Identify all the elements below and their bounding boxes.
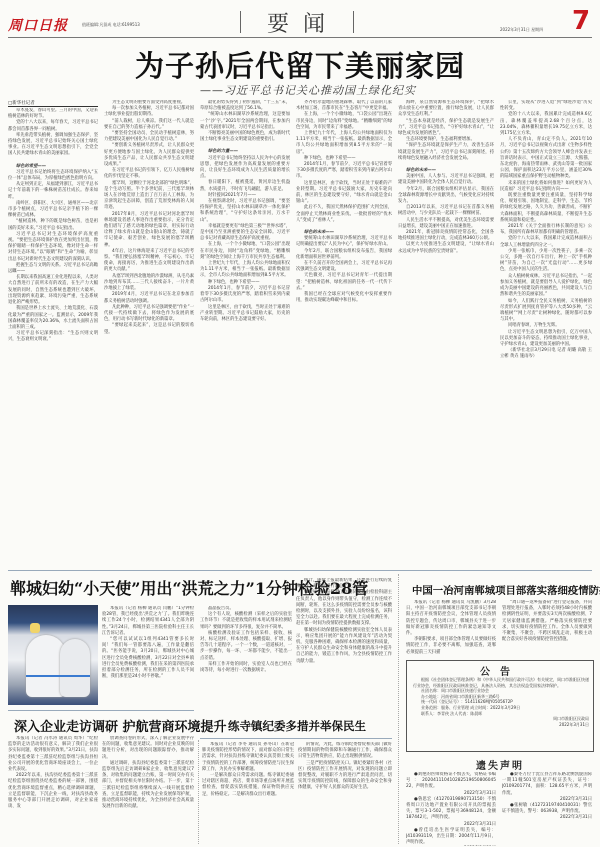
paragraph: 2021年，新冠肺炎疫情防控常态化，全国各地持续推进国土绿化行动，完成造林360… — [398, 230, 494, 242]
paragraph: 众人植树树成林。习近平总书记指出，“一起参加义务植树，就是要倡导人人爱护绿化，绿… — [500, 274, 592, 299]
paragraph: 上世纪九十年代，上海人均公共绿地面积仅为1.11平方米，相当于一张报纸。最新数据… — [296, 131, 392, 156]
paragraph: 2021年《关于全面推行林长制的意见》公布，我国所有森林草原都有明确的管理者。 — [500, 224, 592, 236]
lost-notice-item: ●秦冬万位于沈丘县吉祥东路北侧凯旋国际一期11幢501室房屋产权证丢失，证号：J… — [502, 772, 592, 797]
paragraph: 幸福就是要更有“绿色第三极”“世界水塔”，是中国乃至亚洲重要的生态安全屏障。习近… — [200, 224, 290, 243]
covid-lab-photo — [8, 605, 98, 705]
paragraph: 在上海，一个个小微绿地、“口袋公园”出现在市民身边，同时“边角料”变绿地，“精雕… — [200, 242, 290, 261]
paragraph: “要创新义务植树尽责形式，让人民群众更好更方便地参与国土绿化，为人民群众提供更多… — [104, 143, 194, 168]
paragraph: 人不负青山，青山定不负人。2021年10月，习近平总书记以视频方式出席《生物多样… — [500, 137, 592, 180]
tape-band — [26, 675, 90, 677]
paragraph: 天色微亮，习近平总书记对青年一代提出期望：“把植树造林、绿化祖国的任务一代一代传… — [296, 273, 392, 292]
lead-column-4: 齐齐哈尔湿地的重现森林，取代了以前的几家木材加工场，首都市民在“生态客厅”中更觉… — [296, 100, 392, 566]
paragraph: 最化的势头得到了初步遏制，“十三五”末，草原综合植被盖度达到了56.1%。 — [200, 100, 290, 112]
paragraph: “要坚持全国动员、全民动手植树造林，努力把建设美丽中国化为人民自觉行动。” — [104, 131, 194, 143]
notice-text: 根据《社会团体登记管理条例》和《中华人民共和国行政许可法》有关规定，周口市淮阳区… — [413, 677, 589, 688]
paragraph: “要绿起来美起来”，这是总书记的殷切希望。 — [104, 323, 194, 335]
section-rule — [200, 738, 392, 739]
lead-column-3: 最化的势头得到了初步遏制，“十三五”末，草原综合植被盖度达到了56.1%。“统筹… — [200, 100, 290, 566]
paragraph: 习近平总书记深刻指出：“生态兴则文明兴，生态衰则文明衰。” — [8, 331, 98, 343]
paragraph: 在上海，一个个小微绿地，“口袋公园”出现在市民身边，同时“边角料”变绿地。“精雕… — [296, 112, 392, 131]
notice-date: 2022年3月31日 — [413, 722, 589, 728]
story2-column-3: 统计，随时上报最新结果，还要进行后续的复核工作，对数据进行汇总上报。郸城县是医院… — [296, 578, 392, 734]
paragraph: 人民生活水平不断提高，对优美生态环境需要日益增长，建设美丽中国正在加速推进。 — [398, 218, 494, 230]
paragraph: 既要注重数量更要注重质量，坚持科学绿化、规划引领、因地制宜，走科学、生态、节约的… — [500, 193, 592, 224]
paragraph: 今年2月，联合国粮农组织评估显示，我国在全球森林资源增长中贡献突出，气候变化应对… — [398, 187, 494, 206]
paragraph: 这里是林区，由于砍伐，当时正处于艰难的产业转型期。习近平总书记鼓励大家，历史车轮… — [296, 181, 392, 206]
paragraph: 少用一张纸巾，少用一次性筷子，多乘一次公交，多跑一次自行车出行，种上一次“手机种… — [500, 249, 592, 274]
paragraph: 本报讯（记者 冯水涛 通讯员 周华）“纪检监察的走访活动很有意义，解决了我们企业… — [8, 736, 98, 773]
lost-notices-column-1: ●刘艳的医师资格证不慎丢失，资格证书编号：2020411104102825196… — [406, 772, 496, 846]
paragraph: 放调查问卷的形式，深入了解企业发展中存在的问题，收集意见建议。同时对企业反映的问… — [102, 736, 194, 761]
paragraph: （新华社北京3月29日电 记者 胡璐 高敬 王立彬 黄垚 施雨岑） — [500, 348, 592, 360]
lead-subheadline: ——习近平总书记关心推动国土绿化纪实 — [200, 82, 416, 98]
paragraph: 核酸检测及验证工作包括采样、接收、核对、标记送样、样本处理、核酸提取、扩增、报告… — [200, 631, 292, 662]
paragraph: 三是严把疫情防控关口。镇纪委紧盯各村（社区）疫情防控工作开展情况，对发现的问题立… — [298, 761, 392, 792]
paragraph: 习近平总书记对生态环境保护高度重视。“要把生态环境保护放在更加突出位置，像保护眼… — [8, 232, 98, 263]
lead-column-5: 海畔，泉自然资源和生态环境保护，“把绿水青山放在心中重要位置，推行绿色发展，让人… — [398, 100, 494, 566]
story4-column-1: 本报讯（记者 冯水涛 通讯员 周华）“纪检监察的走访活动很有意义，解决了我们企业… — [8, 736, 98, 844]
paragraph: 自2013年以来，习近平总书记在首都义务植树活动中，与少先队员一起栽下一棵棵树苗… — [398, 205, 494, 217]
lost-notices-column-2: ●秦冬万位于沈丘县吉祥东路北侧凯旋国际一期11幢501室房屋产权证丢失，证号：J… — [502, 772, 592, 846]
paragraph: 郸城县妇幼保健院核酸检测实验室全体人员表示，响应集团开展的“能力作风建设年”活动… — [296, 628, 392, 665]
notice-body: 根据《社会团体登记管理条例》和《中华人民共和国行政许可法》有关规定，周口市淮阳区… — [413, 677, 589, 727]
glove — [30, 623, 40, 633]
medic-figure — [60, 639, 90, 697]
paragraph: 上世纪九十年代，上海人均公共绿地面积仅为1.11平方米，相当于一张报纸。最新数据… — [200, 261, 290, 280]
paragraph: 郸城县是医院检测工作团队要是由检验科副主任负责人，他以身作则带头值守，检测工作连… — [296, 590, 392, 627]
section-title: 要闻 — [241, 7, 353, 38]
paragraph: 2014年1月，春节前夕，习近平总书记冒着零下30多摄氏度的严寒，踏着积雪来到内… — [200, 286, 290, 305]
paragraph: 塞罕坝，这颗位于河北北部的“绿色明珠”，是个生动写照。半个多世纪前，三代塞罕坝林… — [104, 181, 194, 212]
section-rule — [8, 710, 194, 711]
notice-fields: 社团名称：周口市淮阳区快递行业协会办公地址：河南省周口市淮阳区新华三路6号统一代… — [413, 688, 589, 716]
lost-notice-date: 2022年3月31日 — [502, 815, 592, 821]
paragraph: “周口通—返乡报备码”进行登记报备，并向管理处进行报备，入郸时必须持48小时内核… — [502, 600, 592, 643]
column-separator — [198, 740, 199, 844]
paragraph: 此后不久，我国天然林保护范围扩大到全国，全面停止天然林商业性采伐。一批批曾经的“… — [296, 205, 392, 224]
story2-column-2: 晶晶报告员。这个有人说，核酸检测（采样之后的实验室工作环节）不就是把收集的样本用… — [200, 606, 292, 734]
paragraph: 4年后，这片林海迎来了习近平总书记的考察。“我们要弘扬塞罕坝精神，不忘初心、牢记… — [104, 249, 194, 274]
paragraph: 党的十八大以来，每年春天，习近平总书记都会同首都各界一同植树。 — [8, 120, 98, 132]
page-number: 7 — [572, 6, 590, 36]
paragraph: 以更大力度推进生态文明建设，“让绿水青山永远成为中华民族的宝贵财富”。 — [398, 242, 494, 254]
story3-column-1: 本报讯（记者 杨柳 通讯员 马凯鹏）3月28日，中国一冶河南郸城项目部党支部书记… — [406, 600, 496, 656]
column-separator — [398, 574, 399, 844]
story3-headline: 中国一冶河南郸城项目部落实落细疫情防控举措 — [412, 582, 600, 597]
paragraph: 每一次参加义务植树，习近平总书记都对国土绿化事业提出殷切期待。 — [104, 106, 194, 118]
paragraph: 李朝阳要求，项目部全体管理人员要做好疫情防控工作，非必要不离郸，加强巡查，返郸必… — [406, 637, 496, 656]
paragraph: 这个有人说，核酸检测（采样之后的实验室工作环节）不就是把收集的样本用试剂来检测结… — [200, 612, 292, 631]
lost-notice-item: ●刘艳的医师资格证不慎丢失，资格证书编号：2020411104102825196… — [406, 772, 496, 791]
paragraph: 齐齐哈尔湿地的重现森林，取代了以前的几家木材加工场，首都市民在“生态客厅”中更觉… — [296, 100, 392, 112]
section-rule — [8, 570, 592, 571]
divider — [353, 11, 354, 33]
paragraph: 如今，人们践行全民义务植树，义务植树的尽责形式扩展到抚育管护等八大类50多种，“… — [500, 299, 592, 324]
paragraph: 凡此种种，习近平总书记强调要把“作业”一代接一代持续做下去，将绿色作为发展的底色… — [104, 305, 194, 324]
paragraph: 通过调研，扶沟县纪委监委第十三派驻纪检监察组先后走访调研8家企业，收集意见建议7… — [102, 761, 194, 811]
paragraph: 海畔，泉自然资源和生态环境保护，“把绿水青山放在心中重要位置，推行绿色发展，让人… — [398, 100, 494, 119]
newspaper-logo: 周口日报 — [8, 15, 68, 35]
paragraph: 美丽中国，人人参与。习近平总书记强调，把建设美丽中国转化为全体人民自觉行动。 — [398, 174, 494, 186]
paragraph: 从定州到正定，从福建到浙江，习近平总书记十年前栽下的一株株树苗茁壮成长。春来如昨… — [8, 182, 98, 201]
paragraph: 要统筹山水林田湖草沙系统治理，习近平总书记明确提出要以“人民为中心”，保护好绿水… — [296, 236, 392, 248]
paragraph: 长期以来我国高速工业化进程以来，人类对大自然进行了前所未有的改造，在生产力大幅发… — [8, 275, 98, 306]
paragraph: 从塞罕坝到西北腹地的沙漠绿洲，从毛乌素沙地到库布其……三代人接续奋斗，一片片黄沙… — [104, 274, 194, 293]
header-rule — [8, 37, 592, 38]
paragraph: 让习近平生态文明思想为指引，亿万中国人民以更加奋斗的姿态，持续推动国土绿化事业，… — [500, 330, 592, 349]
lost-notices-title: 遗失声明 — [406, 757, 594, 772]
paragraph: 本报讯（记者 李冬 通讯员 孙冬山）在新冠肺炎疫情防控形势的情况下，面对群众的日… — [202, 742, 294, 773]
paragraph: 本报讯（记者 杨柳 通讯员 闫鹏）“1分钟检验28管，我已经使出‘洪荒之力’了。… — [102, 606, 194, 637]
editor-info: 值班编辑:凡留成 电话:6199513 — [82, 22, 140, 28]
paragraph: 我国已经在全球应对气候变化中发挥重要作用，推动实现碳达峰碳中和目标。 — [296, 292, 392, 304]
paragraph: 公里，实现从“沙进人退”到“绿进沙退”历史性转变。 — [500, 100, 592, 112]
issue-date: 2022年3月31日 星期四 — [500, 27, 543, 33]
paragraph: 今年2月，联合国粮农组织发布报告，我国绿化新增面积居世界前列。 — [296, 249, 392, 261]
paragraph: “保护生态环境就是保护生产力，改善生态环境就是发展生产力”，习近平总书记深刻阐述… — [398, 143, 494, 162]
paragraph: “前人栽树，后人乘凉。我们这一代人就是要在自己的努力造福子孙后代。” — [104, 119, 194, 131]
lead-column-2: 为生态文明的重要方面受到高度重视。每一次参加义务植树，习近平总书记都对国土绿化事… — [104, 100, 194, 566]
notice-title: 公告 — [407, 663, 593, 678]
public-notice-box: 公告 根据《社会团体登记管理条例》和《中华人民共和国行政许可法》有关规定，周口市… — [406, 660, 594, 752]
story5-headline: 练寺镇纪委多措并举保民生 — [228, 718, 366, 734]
paragraph: 草木蔓发，春山可望。三月的中国，又迎来植树造林的好时节。 — [8, 108, 98, 120]
paragraph: 在不久前召开的全国两会上，习近平总书记再次强调生态文明建设。 — [296, 261, 392, 273]
lead-headline: 为子孙后代留下美丽家园 — [0, 44, 600, 85]
story2-column-1: 本报讯（记者 杨柳 通讯员 闫鹏）“1分钟检验28管，我已经使出‘洪荒之力’了。… — [102, 606, 194, 706]
paragraph: 2017年8月，习近平总书记对河北塞罕坝林场建设者感人事迹作出重要指示，充分肯定… — [104, 212, 194, 249]
paragraph: 习近平总书记始终将生态环境保护纳入“五位一体”总体布局，为厚植绿色底色指明方向。 — [8, 170, 98, 182]
paragraph: 率先垂范带头植树，强调加强生态保护、坚持绿色发展，习近平总书记始终关心国土绿化事… — [8, 133, 98, 158]
paragraph: “统筹山水林田湖草沙系统治理，这是要加一个‘沙’字。”2021年全国两会期间，在… — [200, 112, 290, 131]
lead-column-6: 公里，实现从“沙进人退”到“绿进沙退”历史性转变。党的十八大以来，我国累计完成造… — [500, 100, 592, 566]
paragraph: 把握生态与文明的关系。习近平总书记高瞻远瞩—— — [8, 263, 98, 275]
paragraph: “生态本身就是经济，保护生态就是发展生产力”，习近平总书记指出，“守护好绿水青山… — [398, 119, 494, 138]
paragraph: 2014年1月，春节前夕，习近平总书记冒着零下30多摄氏度的严寒，踏着积雪来到内… — [296, 162, 392, 181]
story4-column-2: 放调查问卷的形式，深入了解企业发展中存在的问题，收集意见建议。同时对企业反映的问… — [102, 736, 194, 844]
lead-byline: □新华社记者 — [8, 100, 98, 107]
paragraph: 2019年4月，习近平总书记在北京参加首都义务植树活动时强调。 — [104, 292, 194, 304]
paragraph: 党的十八大以来，我国累计完成造林面积占全球人工林增量约四分之一。 — [500, 236, 592, 248]
lost-notice-item: ●鲁思宏（41270319890713150）不慎将周口万达地产置业有限公司开具… — [406, 797, 496, 822]
lost-notice-item: ●张树敏（41272319740410031）警官证不慎遗失，警号：063938… — [502, 803, 592, 815]
paragraph: 春日暖阳下，植被蔓延，黄河岸边生机盎然，水质提升，不时有飞鸟翩跹，游人驻足。 — [200, 180, 290, 192]
paragraph: 不断擦亮美丽中国的绿色底色，成为新时代国土绿化事业生态文明建设的重要指引。 — [200, 131, 290, 143]
story4-headline: 深入企业走访调研 护航营商环境提升 — [14, 716, 227, 735]
paragraph: 南岭区、斜阳区、大兴区、通州区——北京市多个植树点，习近平总书记亲手植下的一棵棵… — [8, 201, 98, 220]
paragraph: “植树造林，种下的既是绿色树苗，也是祖国的美好未来。”习近平总书记指出。 — [8, 219, 98, 231]
paragraph: 采样工作开始的同时，实验室人员也已经在岗等待，每小时进行一次数据统计。 — [200, 662, 292, 674]
lead-column-1: 草木蔓发，春山可望。三月的中国，又迎来植树造林的好时节。党的十八大以来，每年春天… — [8, 108, 98, 566]
paragraph: “您可以试试以1组列4341管要多长时间！”我们每一管都要落八遍，工作量是翻倍的… — [102, 637, 194, 680]
story3-column-2: “周口通—返乡报备码”进行登记报备，并向管理处进行报备，入郸时必须持48小时内核… — [502, 600, 592, 656]
paragraph: 我国是世界上水土流失、土地荒漠化、石漠化最为严重的国家之一。监测显示，2009年… — [8, 306, 98, 331]
paragraph: 在视察湖北时，习近平总书记强调，“要坚持保护优先，坚持山水林田湖草沙一体化保护和… — [200, 199, 290, 224]
paragraph: 未来的国土绿化将如何推进？如何更好为人民造福？习近平总书记指明方向—— — [500, 181, 592, 193]
section-header: 要闻 — [240, 8, 354, 36]
story5-column-1: 本报讯（记者 李冬 通讯员 孙冬山）在新冠肺炎疫情防控形势的情况下，面对群众的日… — [202, 742, 294, 844]
lost-notice-item: ●曾佳培出生医学证明丢失，编号：J410393119，出生日期：2004年11月… — [406, 828, 496, 846]
paragraph: 本报讯（记者 杨柳 通讯员 马凯鹏）3月28日，中国一冶河南郸城项目部党支部书记… — [406, 600, 496, 637]
paragraph: 在习近平总书记的引领下，亿万人民植树绿化的步伐坚定不移。 — [104, 168, 194, 180]
paragraph: 党的十八大以来，我国累计完成造林9.6亿亩，森林覆盖率提高2.68个百分点，达2… — [500, 112, 592, 137]
paragraph: 的情况，为此，练寺镇纪委督促相关部门做好疫情期间的物资保障和车辆通行工作，确保群… — [298, 742, 392, 761]
paragraph: 一是解决群众日常需求问题。练寺镇纪委通过对辖区商超、药店、菜市场等重点场所开展监… — [202, 773, 294, 798]
paragraph: 习近平总书记始终坚持以人民为中心的发展思想，把绿色发展作为高质量发展的重要方向，… — [200, 156, 290, 181]
paragraph: 2022年以来，扶沟县纪委监委第十三派驻纪检监察组围绕县纪委监委的统一部署，围绕… — [8, 773, 98, 810]
paragraph: 统计，随时上报最新结果，还要进行后续的复核工作，对数据进行汇总上报。 — [296, 578, 392, 590]
paragraph: 这里是林区，由于砍伐，当时正处于艰难的产业转型期。习近平总书记鼓励大家，历史的车… — [200, 305, 290, 324]
story5-column-2: 的情况，为此，练寺镇纪委督促相关部门做好疫情期间的物资保障和车辆通行工作，确保群… — [298, 742, 392, 844]
